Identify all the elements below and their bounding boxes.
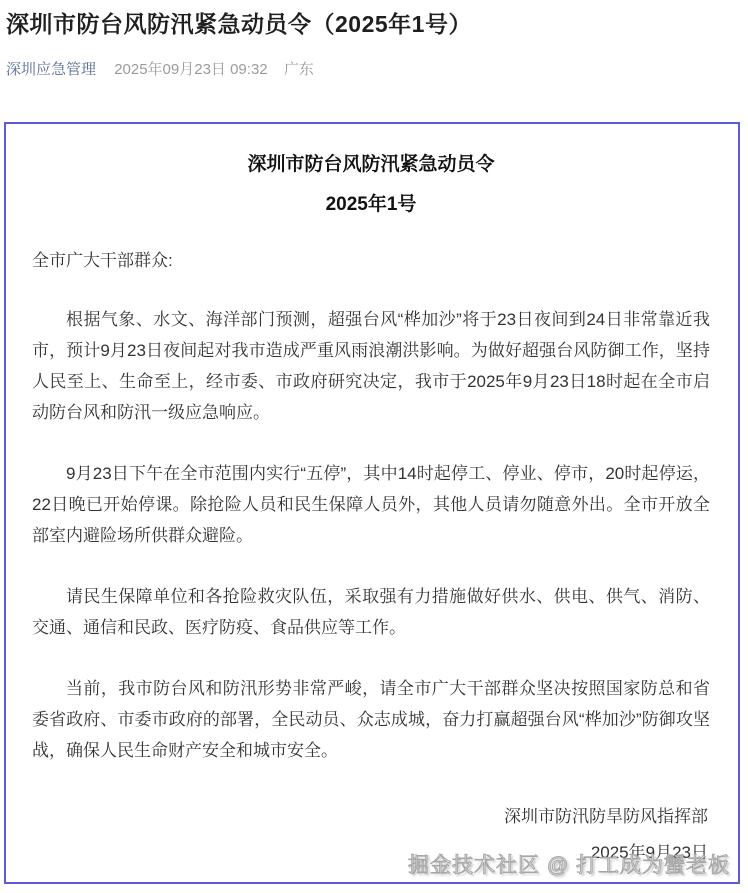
publish-datetime: 2025年09月23日 09:32 xyxy=(114,61,267,78)
signature-block: 深圳市防汛防旱防风指挥部 2025年9月23日 xyxy=(32,804,710,866)
source-account-link[interactable]: 深圳应急管理 xyxy=(6,61,96,78)
article-header: 深圳市防台风防汛紧急动员令（2025年1号） 深圳应急管理 2025年09月23… xyxy=(0,0,748,80)
body-paragraph-1: 根据气象、水文、海洋部门预测，超强台风“桦加沙”将于23日夜间到24日非常靠近我… xyxy=(32,304,710,428)
salutation: 全市广大干部群众: xyxy=(32,248,710,274)
publish-region: 广东 xyxy=(284,61,314,78)
article-page: 深圳市防台风防汛紧急动员令（2025年1号） 深圳应急管理 2025年09月23… xyxy=(0,0,748,893)
page-title: 深圳市防台风防汛紧急动员令（2025年1号） xyxy=(6,8,738,40)
signature-date: 2025年9月23日 xyxy=(32,840,708,866)
body-paragraph-4: 当前，我市防台风和防汛形势非常严峻，请全市广大干部群众坚决按照国家防总和省委省政… xyxy=(32,673,710,766)
article-meta: 深圳应急管理 2025年09月23日 09:32 广东 xyxy=(6,60,738,80)
signature-authority: 深圳市防汛防旱防风指挥部 xyxy=(32,804,708,830)
document-box: 深圳市防台风防汛紧急动员令 2025年1号 全市广大干部群众: 根据气象、水文、… xyxy=(4,122,740,884)
document-issue-number: 2025年1号 xyxy=(32,192,710,218)
document-title: 深圳市防台风防汛紧急动员令 xyxy=(32,152,710,178)
body-paragraph-3: 请民生保障单位和各抢险救灾队伍，采取强有力措施做好供水、供电、供气、消防、交通、… xyxy=(32,581,710,643)
body-paragraph-2: 9月23日下午在全市范围内实行“五停”，其中14时起停工、停业、停市，20时起停… xyxy=(32,458,710,551)
